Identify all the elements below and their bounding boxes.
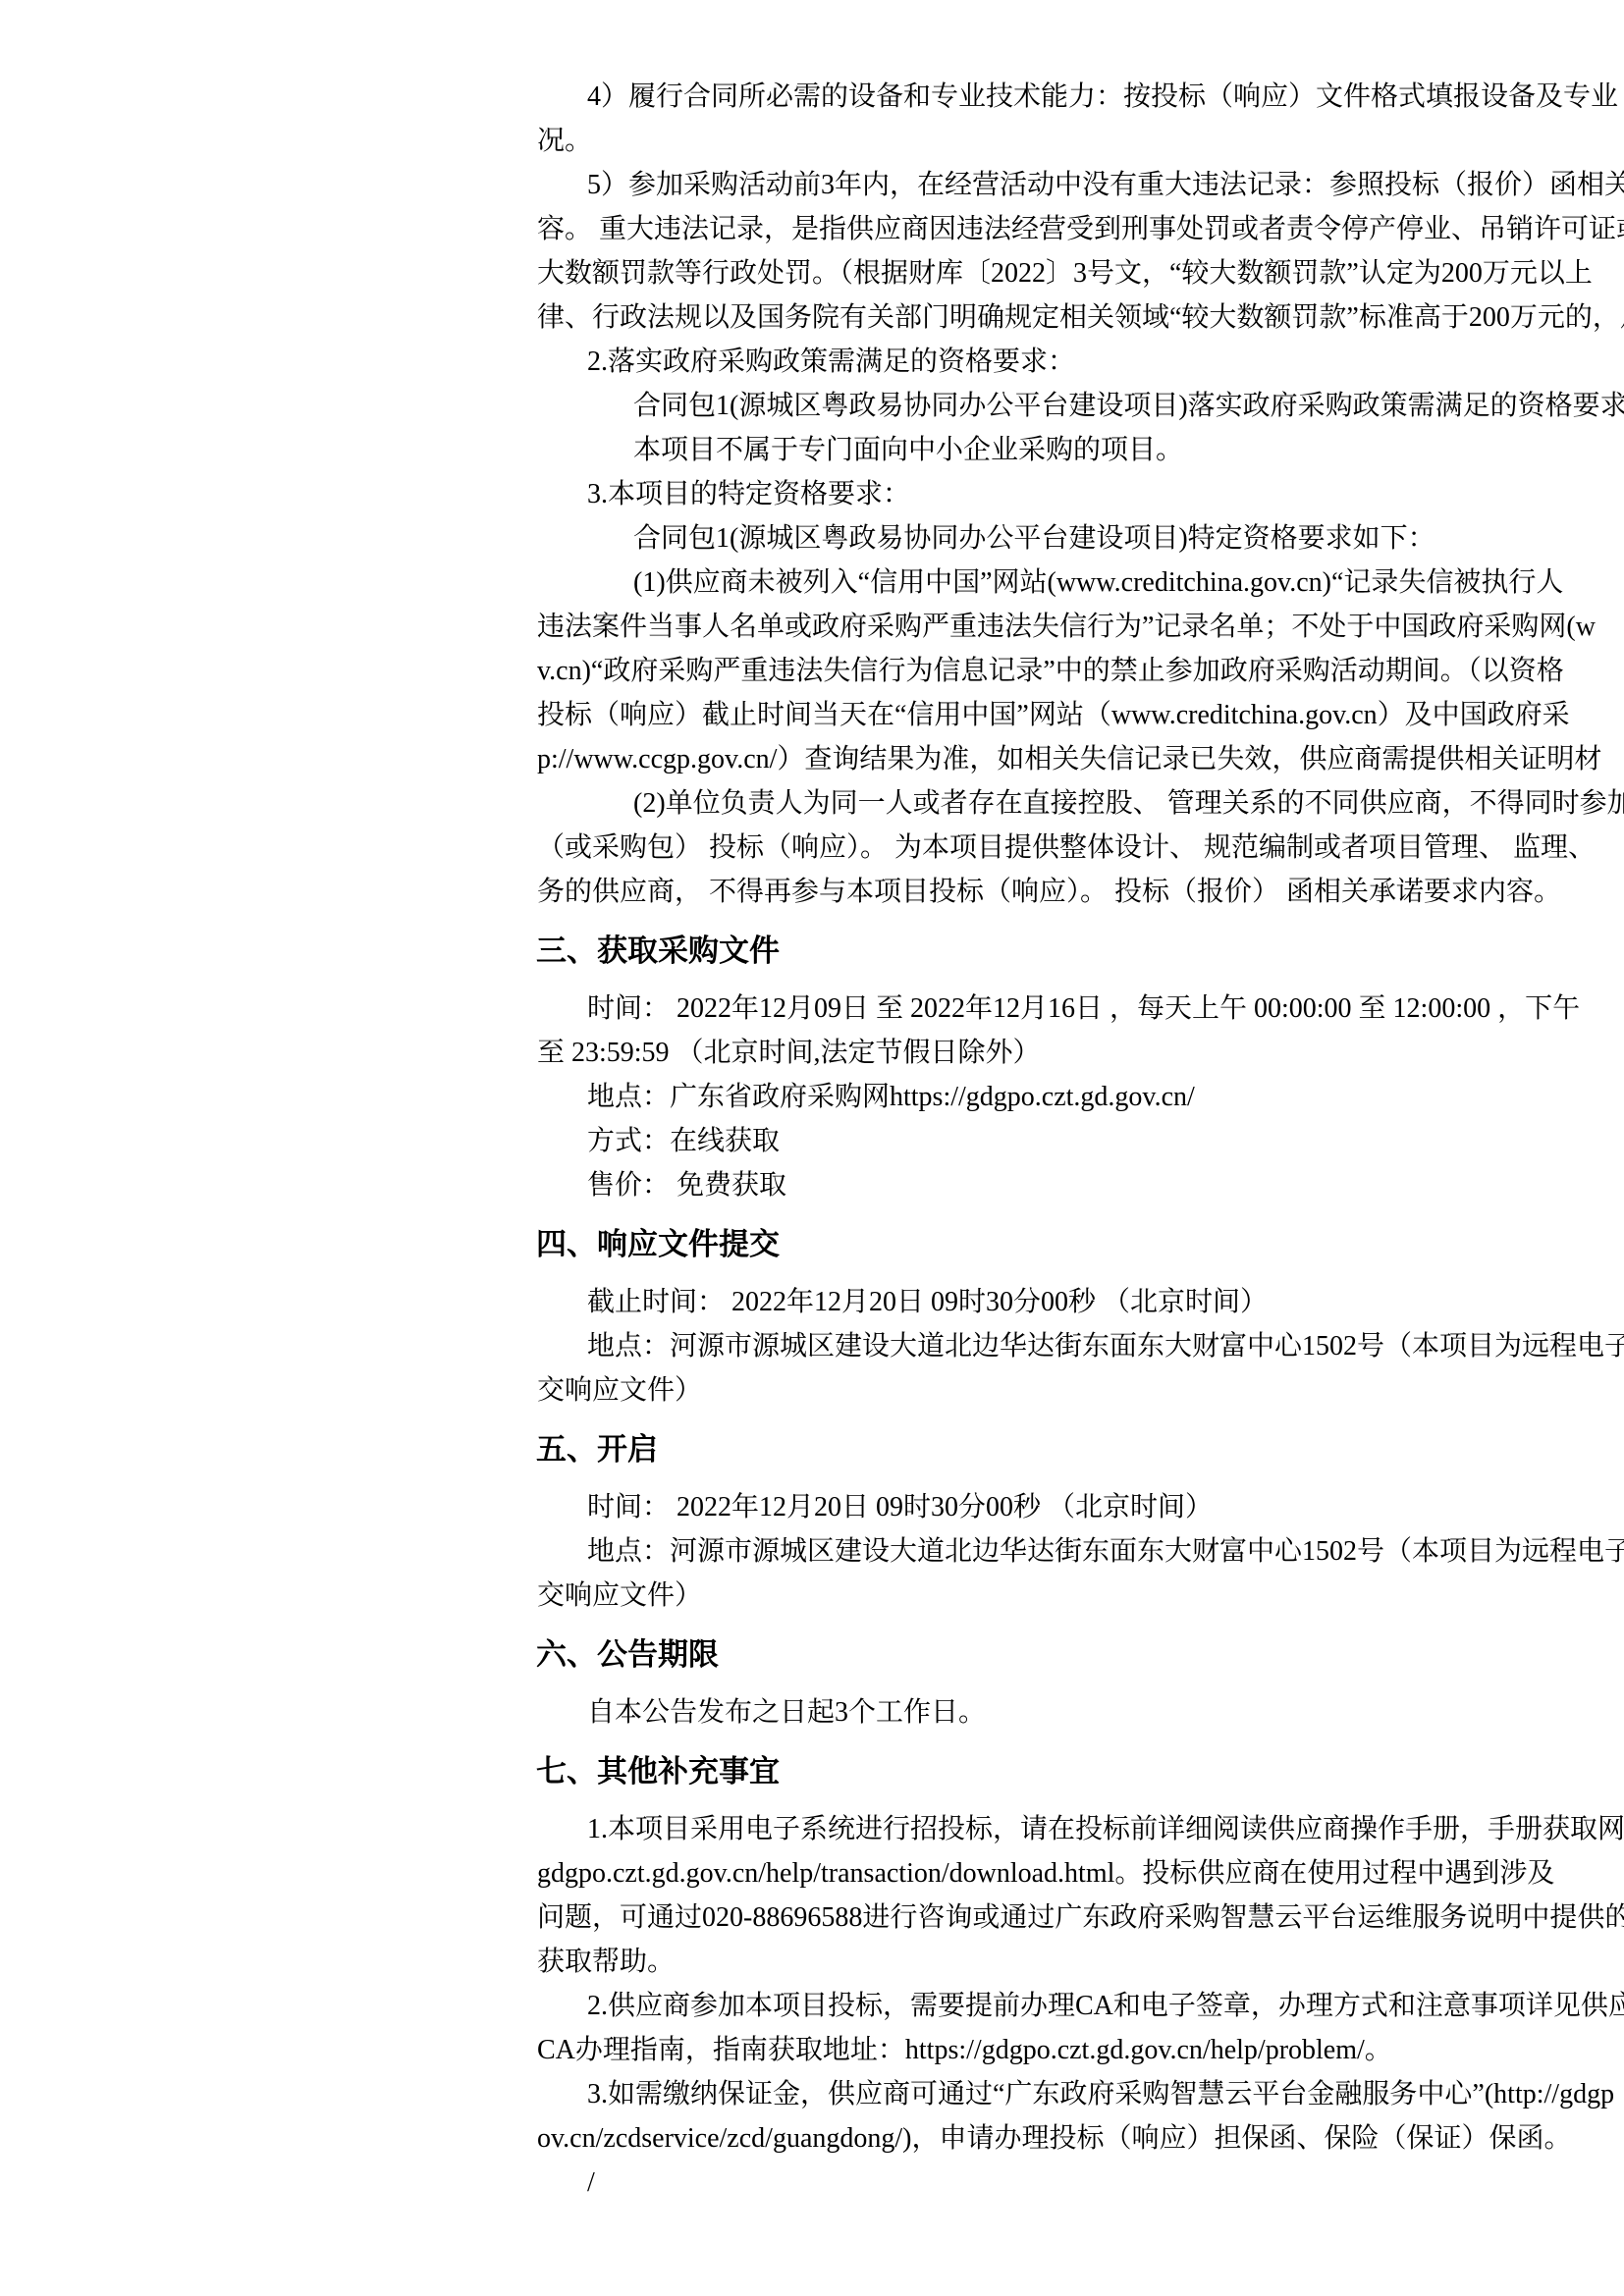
text-line: CA办理指南，指南获取地址：https://gdgpo.czt.gd.gov.c… xyxy=(0,2028,1624,2072)
text-line: 3.本项目的特定资格要求： xyxy=(0,472,1624,516)
text-line: 2.落实政府采购政策需满足的资格要求： xyxy=(0,340,1624,384)
text-line: 2.供应商参加本项目投标，需要提前办理CA和电子签章，办理方式和注意事项详见供应… xyxy=(0,1984,1624,2028)
text-line: （或采购包） 投标（响应）。 为本项目提供整体设计、 规范编制或者项目管理、 监… xyxy=(0,826,1624,870)
text-line: 况。 xyxy=(0,119,1624,163)
text-line: (2)单位负责人为同一人或者存在直接控股、 管理关系的不同供应商，不得同时参加 xyxy=(0,781,1624,826)
document-content: 4）履行合同所必需的设备和专业技术能力：按投标（响应）文件格式填报设备及专业况。… xyxy=(0,0,1624,2205)
text-line: 售价： 免费获取 xyxy=(0,1163,1624,1207)
text-line: v.cn)“政府采购严重违法失信行为信息记录”中的禁止参加政府采购活动期间。（以… xyxy=(0,649,1624,693)
text-line: 时间： 2022年12月20日 09时30分00秒 （北京时间） xyxy=(0,1485,1624,1529)
text-line: 至 23:59:59 （北京时间,法定节假日除外） xyxy=(0,1031,1624,1075)
text-line: 自本公告发布之日起3个工作日。 xyxy=(0,1690,1624,1735)
text-line: 合同包1(源城区粤政易协同办公平台建设项目)特定资格要求如下： xyxy=(0,516,1624,561)
text-line: 1.本项目采用电子系统进行招投标，请在投标前详细阅读供应商操作手册，手册获取网址 xyxy=(0,1807,1624,1851)
text-line: 获取帮助。 xyxy=(0,1940,1624,1984)
section-heading: 七、其他补充事宜 xyxy=(0,1746,1624,1797)
text-line: 大数额罚款等行政处罚。（根据财库〔2022〕3号文，“较大数额罚款”认定为200… xyxy=(0,251,1624,295)
text-line: 地点：河源市源城区建设大道北边华达街东面东大财富中心1502号（本项目为远程电子… xyxy=(0,1324,1624,1368)
text-line: / xyxy=(0,2161,1624,2205)
text-line: 时间： 2022年12月09日 至 2022年12月16日 ，每天上午 00:0… xyxy=(0,987,1624,1031)
text-line: 律、行政法规以及国务院有关部门明确规定相关领域“较大数额罚款”标准高于200万元… xyxy=(0,295,1624,340)
text-line: 容。 重大违法记录，是指供应商因违法经营受到刑事处罚或者责令停产停业、吊销许可证… xyxy=(0,207,1624,251)
text-line: 违法案件当事人名单或政府采购严重违法失信行为”记录名单；不处于中国政府采购网(w xyxy=(0,605,1624,649)
text-line: 交响应文件） xyxy=(0,1574,1624,1618)
text-line: 本项目不属于专门面向中小企业采购的项目。 xyxy=(0,428,1624,472)
text-line: (1)供应商未被列入“信用中国”网站(www.creditchina.gov.c… xyxy=(0,561,1624,605)
text-line: 4）履行合同所必需的设备和专业技术能力：按投标（响应）文件格式填报设备及专业 xyxy=(0,75,1624,119)
section-heading: 六、公告期限 xyxy=(0,1629,1624,1681)
text-line: 投标（响应）截止时间当天在“信用中国”网站（www.creditchina.go… xyxy=(0,693,1624,737)
text-line: 问题，可通过020-88696588进行咨询或通过广东政府采购智慧云平台运维服务… xyxy=(0,1896,1624,1940)
section-heading: 四、响应文件提交 xyxy=(0,1219,1624,1270)
text-line: 交响应文件） xyxy=(0,1368,1624,1413)
text-line: 3.如需缴纳保证金，供应商可通过“广东政府采购智慧云平台金融服务中心”(http… xyxy=(0,2072,1624,2116)
text-line: ov.cn/zcdservice/zcd/guangdong/)，申请办理投标（… xyxy=(0,2116,1624,2161)
section-heading: 五、开启 xyxy=(0,1424,1624,1475)
document-page: 4）履行合同所必需的设备和专业技术能力：按投标（响应）文件格式填报设备及专业况。… xyxy=(0,0,1624,2296)
text-line: 合同包1(源城区粤政易协同办公平台建设项目)落实政府采购政策需满足的资格要求如 xyxy=(0,384,1624,428)
text-line: 地点：广东省政府采购网https://gdgpo.czt.gd.gov.cn/ xyxy=(0,1075,1624,1119)
text-line: 务的供应商， 不得再参与本项目投标（响应）。 投标（报价） 函相关承诺要求内容。 xyxy=(0,870,1624,914)
text-line: 截止时间： 2022年12月20日 09时30分00秒 （北京时间） xyxy=(0,1280,1624,1324)
text-line: 方式：在线获取 xyxy=(0,1119,1624,1163)
section-heading: 三、获取采购文件 xyxy=(0,926,1624,977)
text-line: p://www.ccgp.gov.cn/）查询结果为准，如相关失信记录已失效，供… xyxy=(0,737,1624,781)
text-line: gdgpo.czt.gd.gov.cn/help/transaction/dow… xyxy=(0,1851,1624,1896)
text-line: 地点：河源市源城区建设大道北边华达街东面东大财富中心1502号（本项目为远程电子… xyxy=(0,1529,1624,1574)
text-line: 5）参加采购活动前3年内，在经营活动中没有重大违法记录：参照投标（报价）函相关 xyxy=(0,163,1624,207)
